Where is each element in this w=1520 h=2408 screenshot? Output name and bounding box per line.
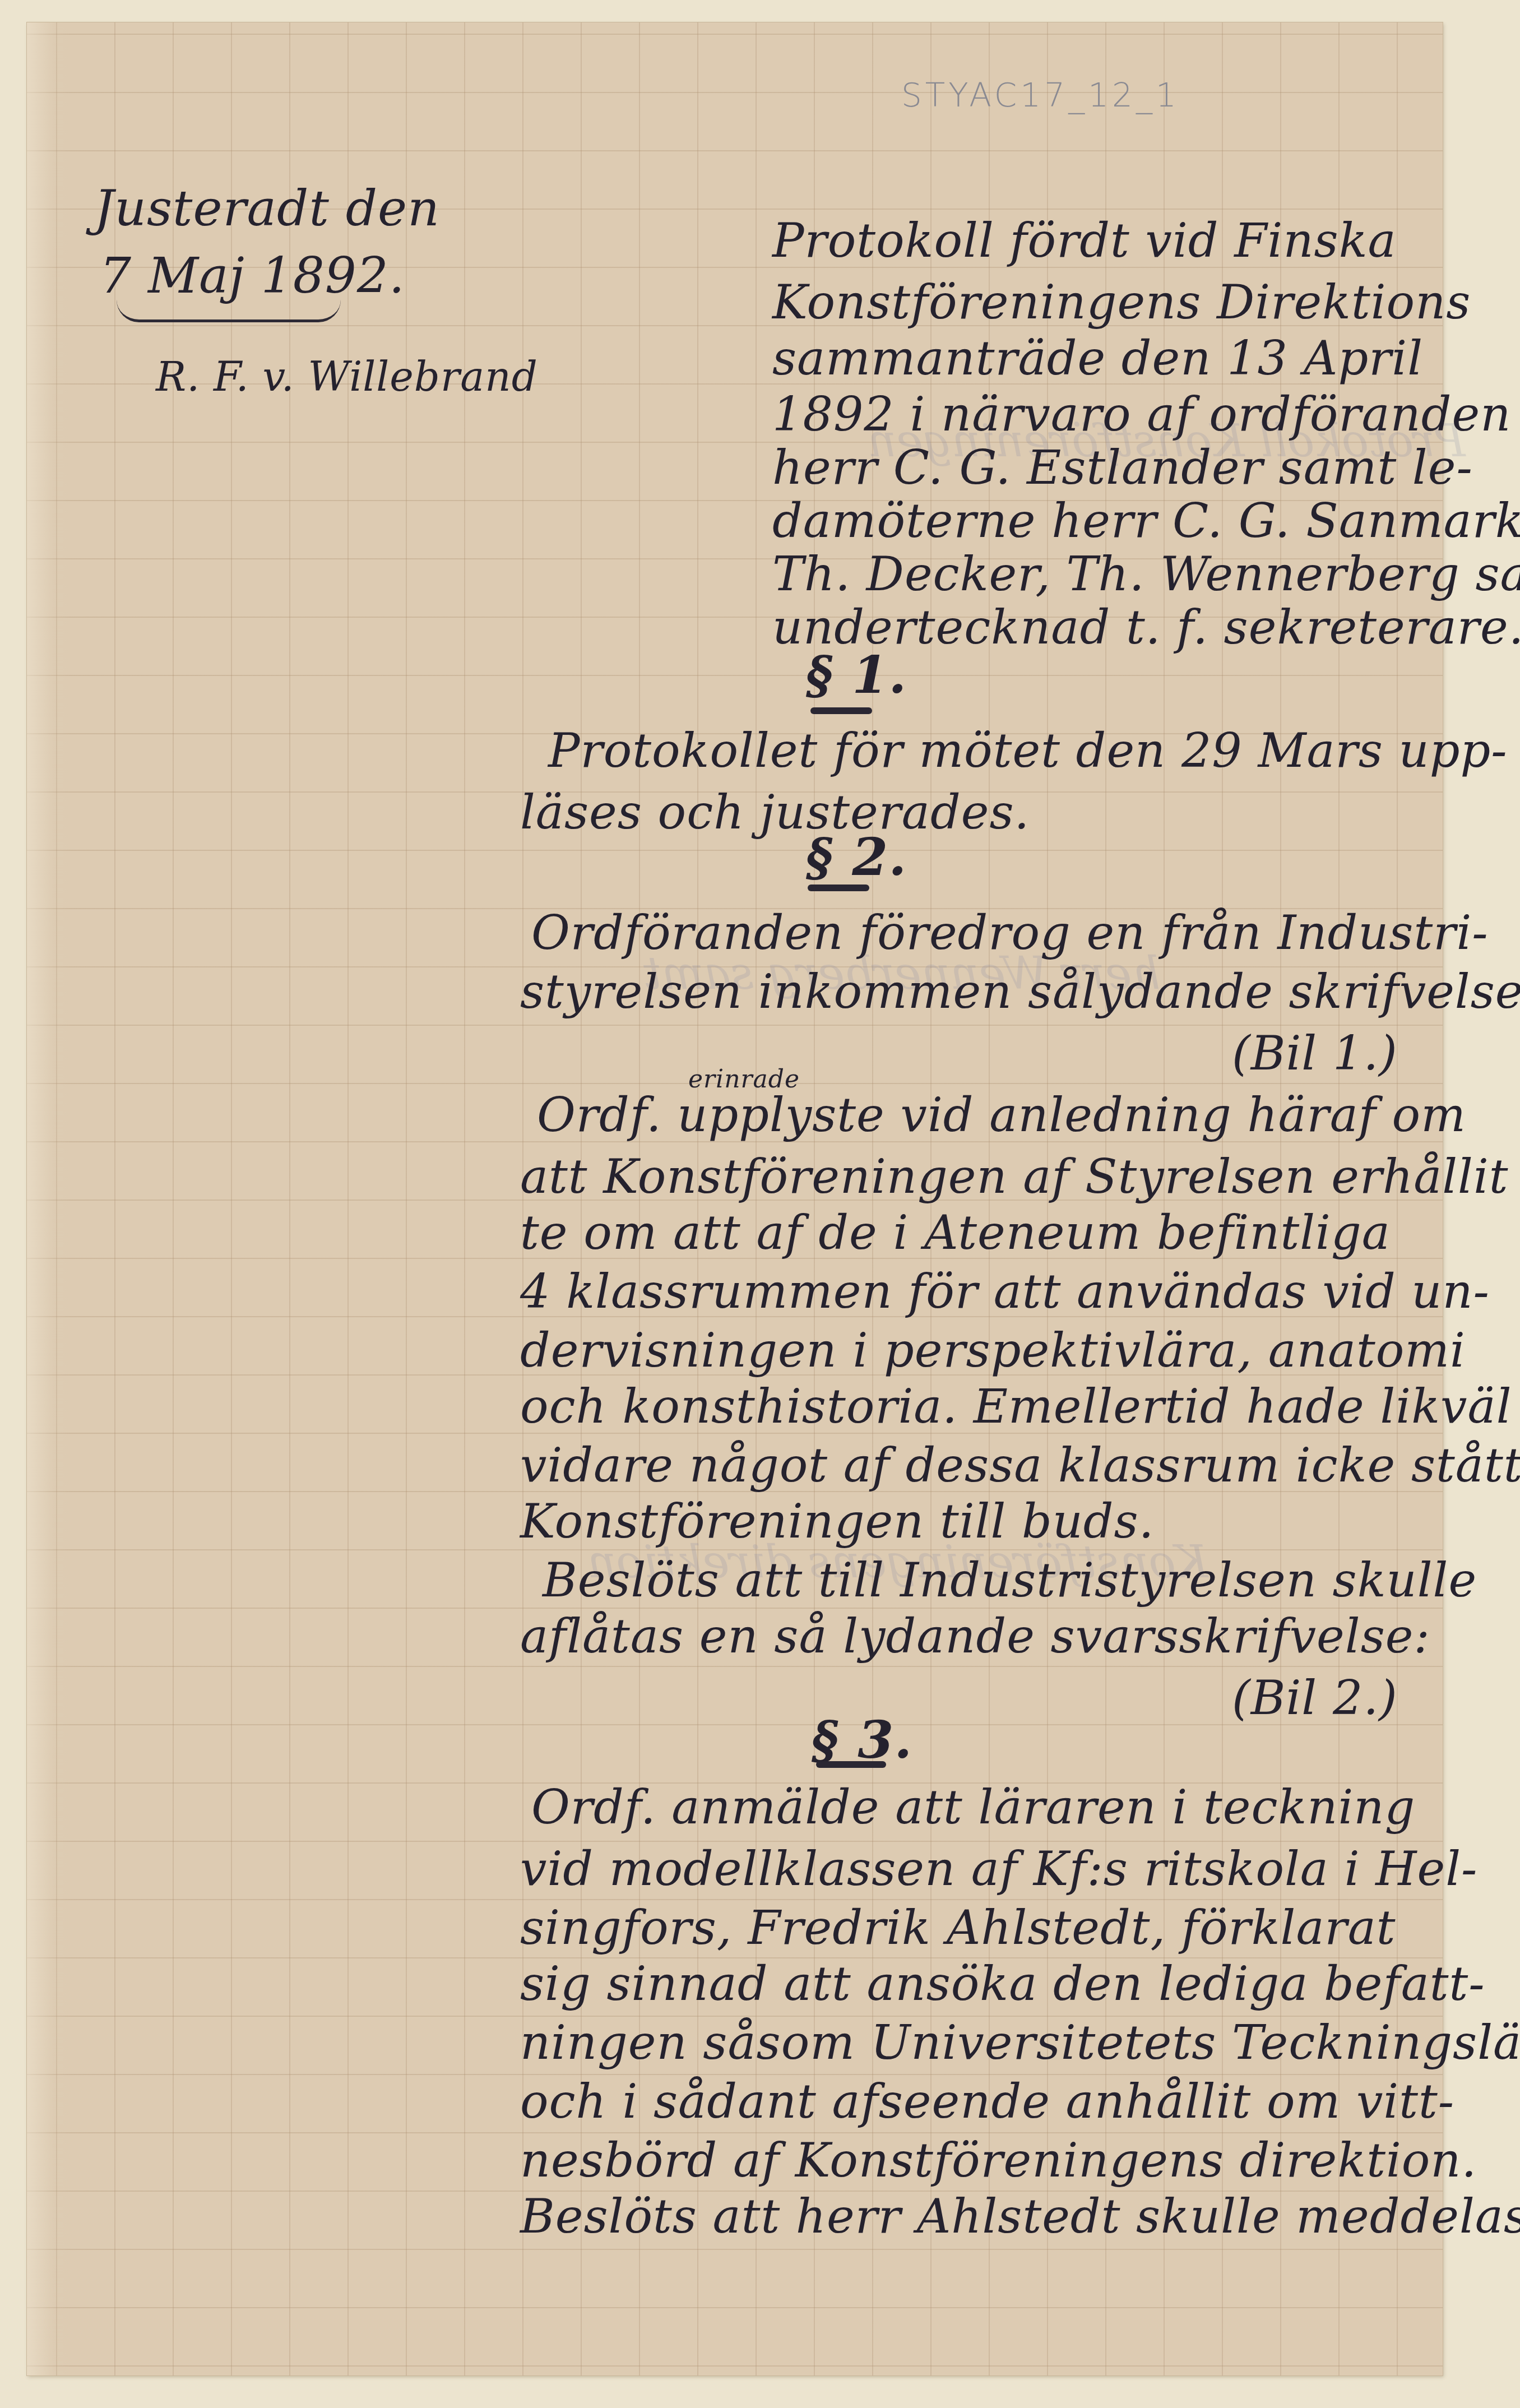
section-underline	[816, 1761, 886, 1768]
heading-line: herr C. G. Estlander samt le-	[772, 440, 1473, 495]
section-line: att Konstföreningen af Styrelsen erhålli…	[520, 1149, 1520, 1204]
section-line: läses och justerades.	[520, 785, 1030, 840]
section-line: nesbörd af Konstföreningens direktion.	[520, 2133, 1477, 2188]
section-line: 4 klassrummen för att användas vid un-	[520, 1264, 1490, 1319]
section-underline	[810, 707, 872, 714]
margin-flourish	[117, 291, 341, 322]
section-line: vidare något af dessa klassrum icke ståt…	[520, 1438, 1520, 1493]
heading-line: damöterne herr C. G. Sanmark,	[772, 493, 1520, 548]
section-line: dervisningen i perspektivlära, anatomi	[520, 1323, 1466, 1378]
attachment-reference: (Bil 2.)	[1232, 1670, 1398, 1725]
section-underline	[808, 885, 869, 891]
section-line: vid modellklassen af Kf:s ritskola i Hel…	[520, 1841, 1477, 1896]
heading-line: 1892 i närvaro af ordföranden	[772, 387, 1511, 442]
section-line: aflåtas en så lydande svarsskrifvelse:	[520, 1609, 1430, 1664]
margin-signature: R. F. v. Willebrand	[156, 353, 538, 400]
section-line: och konsthistoria. Emellertid hade likvä…	[520, 1379, 1512, 1434]
section-line: Beslöts att herr Ahlstedt skulle meddela…	[520, 2189, 1520, 2244]
section-line: Protokollet för mötet den 29 Mars upp-	[548, 723, 1508, 778]
attachment-reference: (Bil 1.)	[1232, 1026, 1398, 1081]
margin-approval-line: Justeradt den	[94, 179, 440, 237]
section-line: Beslöts att till Industristyrelsen skull…	[543, 1553, 1477, 1608]
heading-line: Protokoll fördt vid Finska	[772, 213, 1397, 268]
section-line: Konstföreningen till buds.	[520, 1494, 1154, 1549]
manuscript-page: Protokoll Konstföreningen herr Wennerber…	[27, 22, 1443, 2375]
heading-line: Konstföreningens Direktions	[772, 275, 1471, 330]
section-number: § 1.	[806, 645, 907, 705]
section-line: te om att af de i Ateneum befintliga	[520, 1205, 1391, 1260]
section-line: sig sinnad att ansöka den lediga befatt-	[520, 1956, 1485, 2011]
heading-line: sammanträde den 13 April	[772, 331, 1423, 386]
section-number: § 2.	[806, 827, 907, 887]
heading-line: Th. Decker, Th. Wennerberg samt	[772, 547, 1520, 601]
section-line: ningen såsom Universitetets Teckningslär…	[520, 2015, 1520, 2070]
section-line: Ordföranden föredrog en från Industri-	[531, 905, 1489, 960]
section-line: styrelsen inkommen sålydande skrifvelse:	[520, 964, 1520, 1019]
archive-reference: STYAC17_12_1	[901, 76, 1180, 114]
section-line: och i sådant afseende anhållit om vitt-	[520, 2074, 1454, 2129]
section-line: singfors, Fredrik Ahlstedt, förklarat	[520, 1900, 1396, 1955]
section-line: Ordf. anmälde att läraren i teckning	[531, 1780, 1415, 1835]
section-line: Ordf. upplyste vid anledning häraf om	[537, 1087, 1466, 1142]
